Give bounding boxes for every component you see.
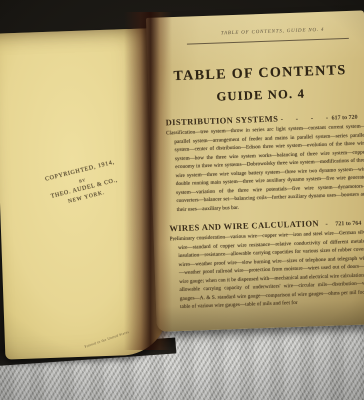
section-body-distribution-systems: Classification—tree system—throw in seri… bbox=[166, 122, 364, 221]
table-of-contents-page: TABLE OF CONTENTS, GUIDE NO. 4 TABLE OF … bbox=[146, 10, 364, 331]
section-body-wires-and-wire-calculation: Preliminary consideration—various wire—c… bbox=[170, 228, 364, 325]
printer-imprint: Printed in the United States bbox=[84, 322, 151, 349]
running-head-rule bbox=[187, 38, 349, 45]
section-page-range: 617 to 720 bbox=[332, 115, 358, 122]
dash-leader: - - - - bbox=[278, 114, 332, 124]
dash-leader: - bbox=[319, 220, 336, 229]
book-photo: COPYRIGHTED, 1914, BY THEO. AUDEL & CO.,… bbox=[0, 0, 364, 400]
page-subtitle: GUIDE NO. 4 bbox=[165, 85, 357, 107]
page-title: TABLE OF CONTENTS bbox=[164, 63, 356, 86]
section-page-range: 721 to 764 bbox=[335, 221, 361, 228]
running-head: TABLE OF CONTENTS, GUIDE NO. 4 bbox=[163, 26, 364, 38]
left-page: COPYRIGHTED, 1914, BY THEO. AUDEL & CO.,… bbox=[0, 28, 169, 360]
copyright-notice: COPYRIGHTED, 1914, BY THEO. AUDEL & CO.,… bbox=[23, 153, 144, 216]
